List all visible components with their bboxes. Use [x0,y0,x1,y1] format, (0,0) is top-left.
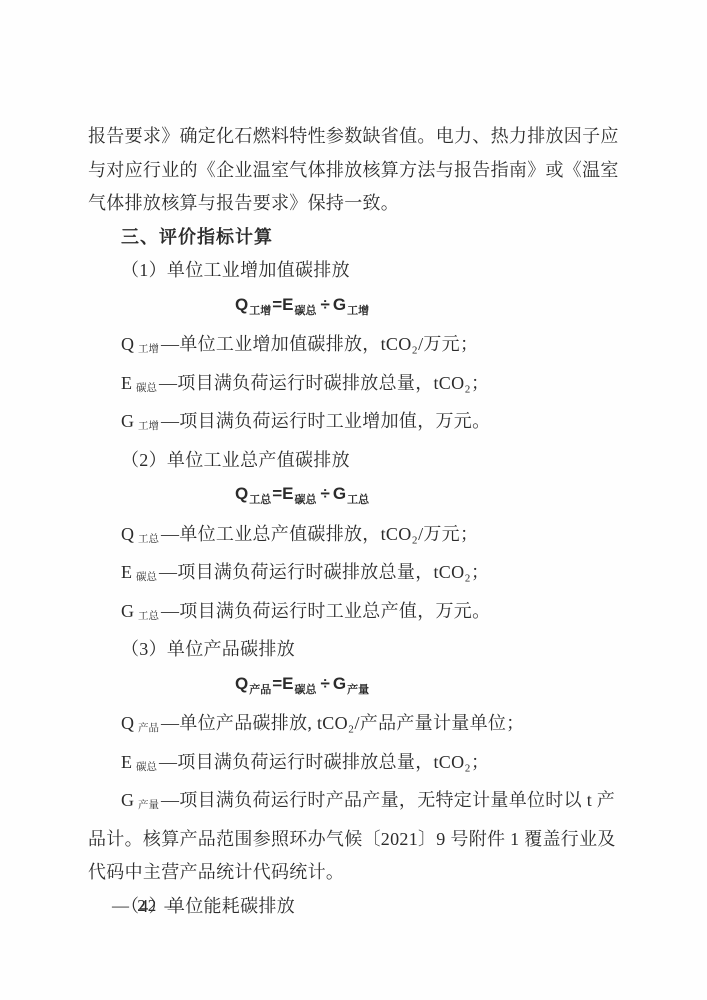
formula-subscript: 产量 [347,684,369,696]
item-title: （1）单位工业增加值碳排放 [88,254,628,288]
definition-line: Q产品—单位产品碳排放, tCO₂/产品产量计量单位； [88,707,628,746]
definition-symbol: E [121,752,132,772]
item-3: （3）单位产品碳排放 Q产品=E碳总÷G产量 Q产品—单位产品碳排放, tCO₂… [88,633,628,890]
formula-symbol: Q [235,295,248,314]
formula-subscript: 碳总 [295,305,317,317]
divide-operator: ÷ [321,674,330,693]
formula-subscript: 工增 [347,305,369,317]
definition-line: G产量—项目满负荷运行时产品产量，无特定计量单位时以 t 产 [88,784,628,823]
formula-subscript: 产品 [249,684,271,696]
definition-symbol: G [121,601,134,621]
definition-text: —项目满负荷运行时碳排放总量，tCO₂； [159,373,489,393]
definition-continuation-line: 品计。核算产品范围参照环办气候〔2021〕9 号附件 1 覆盖行业及 [88,823,628,857]
paragraph-line: 报告要求》确定化石燃料特性参数缺省值。电力、热力排放因子应 [88,120,628,154]
intro-paragraph: 报告要求》确定化石燃料特性参数缺省值。电力、热力排放因子应 与对应行业的《企业温… [88,120,628,221]
formula-equals: = [272,484,282,503]
definition-line: E碳总—项目满负荷运行时碳排放总量，tCO₂； [88,746,628,785]
definition-subscript: 产量 [138,800,159,811]
paragraph-line: 气体排放核算与报告要求》保持一致。 [88,187,628,221]
definition-symbol: G [121,411,134,431]
paragraph-line: 与对应行业的《企业温室气体排放核算方法与报告指南》或《温室 [88,154,628,188]
definition-symbol: E [121,562,132,582]
item-2: （2）单位工业总产值碳排放 Q工总=E碳总÷G工总 Q工总—单位工业总产值碳排放… [88,444,628,634]
formula-symbol: Q [235,484,248,503]
divide-operator: ÷ [321,295,330,314]
definition-text: —项目满负荷运行时工业总产值，万元。 [161,601,490,621]
definition-subscript: 碳总 [136,383,157,394]
formula-subscript: 工总 [249,494,271,506]
definition-subscript: 工增 [138,421,159,432]
section-heading: 三、评价指标计算 [88,221,628,255]
definition-subscript: 碳总 [136,762,157,773]
formula-symbol: G [333,295,346,314]
formula-subscript: 碳总 [295,494,317,506]
definition-subscript: 工总 [138,534,159,545]
definition-text: —单位工业增加值碳排放，tCO₂/万元； [161,334,478,354]
formula-symbol: E [282,484,293,503]
formula-symbol: E [282,295,293,314]
page-content: 报告要求》确定化石燃料特性参数缺省值。电力、热力排放因子应 与对应行业的《企业温… [88,120,628,923]
definition-symbol: E [121,373,132,393]
item-title: （2）单位工业总产值碳排放 [88,444,628,478]
formula: Q工总=E碳总÷G工总 [88,477,628,518]
item-1: （1）单位工业增加值碳排放 Q工增=E碳总÷G工增 Q工增—单位工业增加值碳排放… [88,254,628,444]
divide-operator: ÷ [321,484,330,503]
page-number: — 22 — [112,896,184,916]
formula-equals: = [272,674,282,693]
definition-text: —单位工业总产值碳排放，tCO₂/万元； [161,524,478,544]
formula-subscript: 工增 [249,305,271,317]
formula-symbol: E [282,674,293,693]
definition-text: —单位产品碳排放, tCO₂/产品产量计量单位； [161,713,524,733]
formula-subscript: 碳总 [295,684,317,696]
definition-text: —项目满负荷运行时产品产量，无特定计量单位时以 t 产 [161,790,615,810]
definition-line: G工增—项目满负荷运行时工业增加值，万元。 [88,405,628,444]
definition-line: Q工增—单位工业增加值碳排放，tCO₂/万元； [88,328,628,367]
definition-subscript: 碳总 [136,572,157,583]
definition-line: E碳总—项目满负荷运行时碳排放总量，tCO₂； [88,556,628,595]
definition-symbol: Q [121,713,134,733]
formula: Q产品=E碳总÷G产量 [88,667,628,708]
definition-symbol: Q [121,334,134,354]
definition-text: —项目满负荷运行时工业增加值，万元。 [161,411,490,431]
definition-continuation-line: 代码中主营产品统计代码统计。 [88,856,628,890]
definition-symbol: Q [121,524,134,544]
formula-symbol: G [333,674,346,693]
definition-line: E碳总—项目满负荷运行时碳排放总量，tCO₂； [88,367,628,406]
document-page: 报告要求》确定化石燃料特性参数缺省值。电力、热力排放因子应 与对应行业的《企业温… [0,0,707,1000]
formula-subscript: 工总 [347,494,369,506]
definition-text: —项目满负荷运行时碳排放总量，tCO₂； [159,752,489,772]
formula-symbol: Q [235,674,248,693]
item-title: （3）单位产品碳排放 [88,633,628,667]
definition-line: G工总—项目满负荷运行时工业总产值，万元。 [88,595,628,634]
definition-subscript: 工总 [138,611,159,622]
formula-symbol: G [333,484,346,503]
definition-text: —项目满负荷运行时碳排放总量，tCO₂； [159,562,489,582]
definition-symbol: G [121,790,134,810]
definition-subscript: 产品 [138,723,159,734]
definition-line: Q工总—单位工业总产值碳排放，tCO₂/万元； [88,518,628,557]
formula-equals: = [272,295,282,314]
definition-subscript: 工增 [138,344,159,355]
formula: Q工增=E碳总÷G工增 [88,288,628,329]
